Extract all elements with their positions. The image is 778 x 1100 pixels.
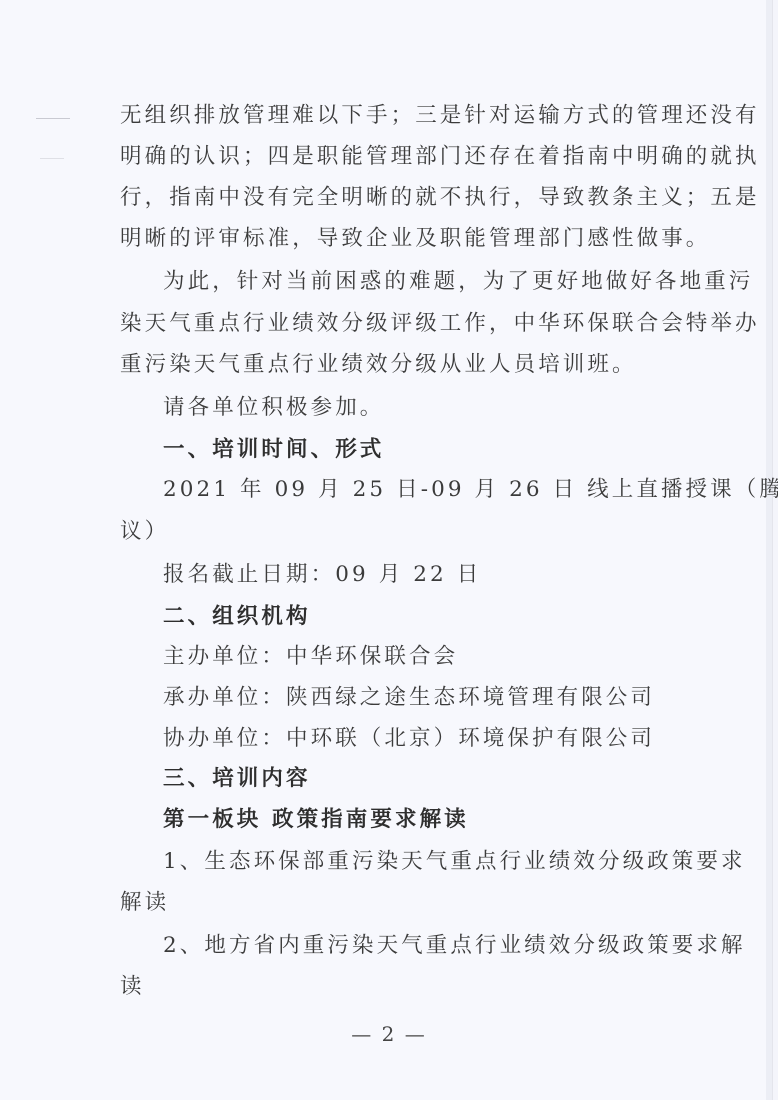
page-number: — 2 — xyxy=(0,1022,778,1046)
scan-artifact xyxy=(40,158,64,159)
paragraph-line: 议） xyxy=(120,518,169,546)
paragraph-line: 为此，针对当前困惑的难题，为了更好地做好各地重污 xyxy=(163,268,753,296)
document-page: 无组织排放管理难以下手；三是针对运输方式的管理还没有 明确的认识；四是职能管理部… xyxy=(0,0,773,1100)
paragraph-line: 无组织排放管理难以下手；三是针对运输方式的管理还没有 xyxy=(120,102,760,130)
paragraph-line: 请各单位积极参加。 xyxy=(163,394,384,422)
list-item-continuation: 读 xyxy=(120,973,145,1001)
training-date-line: 2021 年 09 月 25 日-09 月 26 日 线上直播授课（腾讯会 xyxy=(163,476,778,504)
page-edge xyxy=(766,0,772,1100)
paragraph-line: 明确的认识；四是职能管理部门还存在着指南中明确的就执 xyxy=(120,143,760,171)
list-item-continuation: 解读 xyxy=(120,889,169,917)
list-item: 1、生态环保部重污染天气重点行业绩效分级政策要求 xyxy=(163,848,746,876)
organizer-organization: 承办单位：陕西绿之途生态环境管理有限公司 xyxy=(163,684,655,712)
paragraph-line: 明晰的评审标准，导致企业及职能管理部门感性做事。 xyxy=(120,225,710,253)
list-item: 2、地方省内重污染天气重点行业绩效分级政策要求解 xyxy=(163,932,746,960)
section-heading-training-content: 三、培训内容 xyxy=(163,765,311,793)
section-heading-training-time: 一、培训时间、形式 xyxy=(163,436,384,464)
paragraph-line: 重污染天气重点行业绩效分级从业人员培训班。 xyxy=(120,351,637,379)
co-organizer-organization: 协办单位：中环联（北京）环境保护有限公司 xyxy=(163,725,655,753)
paragraph-line: 行，指南中没有完全明晰的就不执行，导致教条主义；五是 xyxy=(120,184,760,212)
paragraph-line: 染天气重点行业绩效分级评级工作，中华环保联合会特举办 xyxy=(120,310,760,338)
section-heading-organization: 二、组织机构 xyxy=(163,603,311,631)
host-organization: 主办单位：中华环保联合会 xyxy=(163,643,458,671)
scan-artifact xyxy=(36,118,70,119)
registration-deadline: 报名截止日期：09 月 22 日 xyxy=(163,561,481,589)
module-heading: 第一板块 政策指南要求解读 xyxy=(163,806,469,834)
